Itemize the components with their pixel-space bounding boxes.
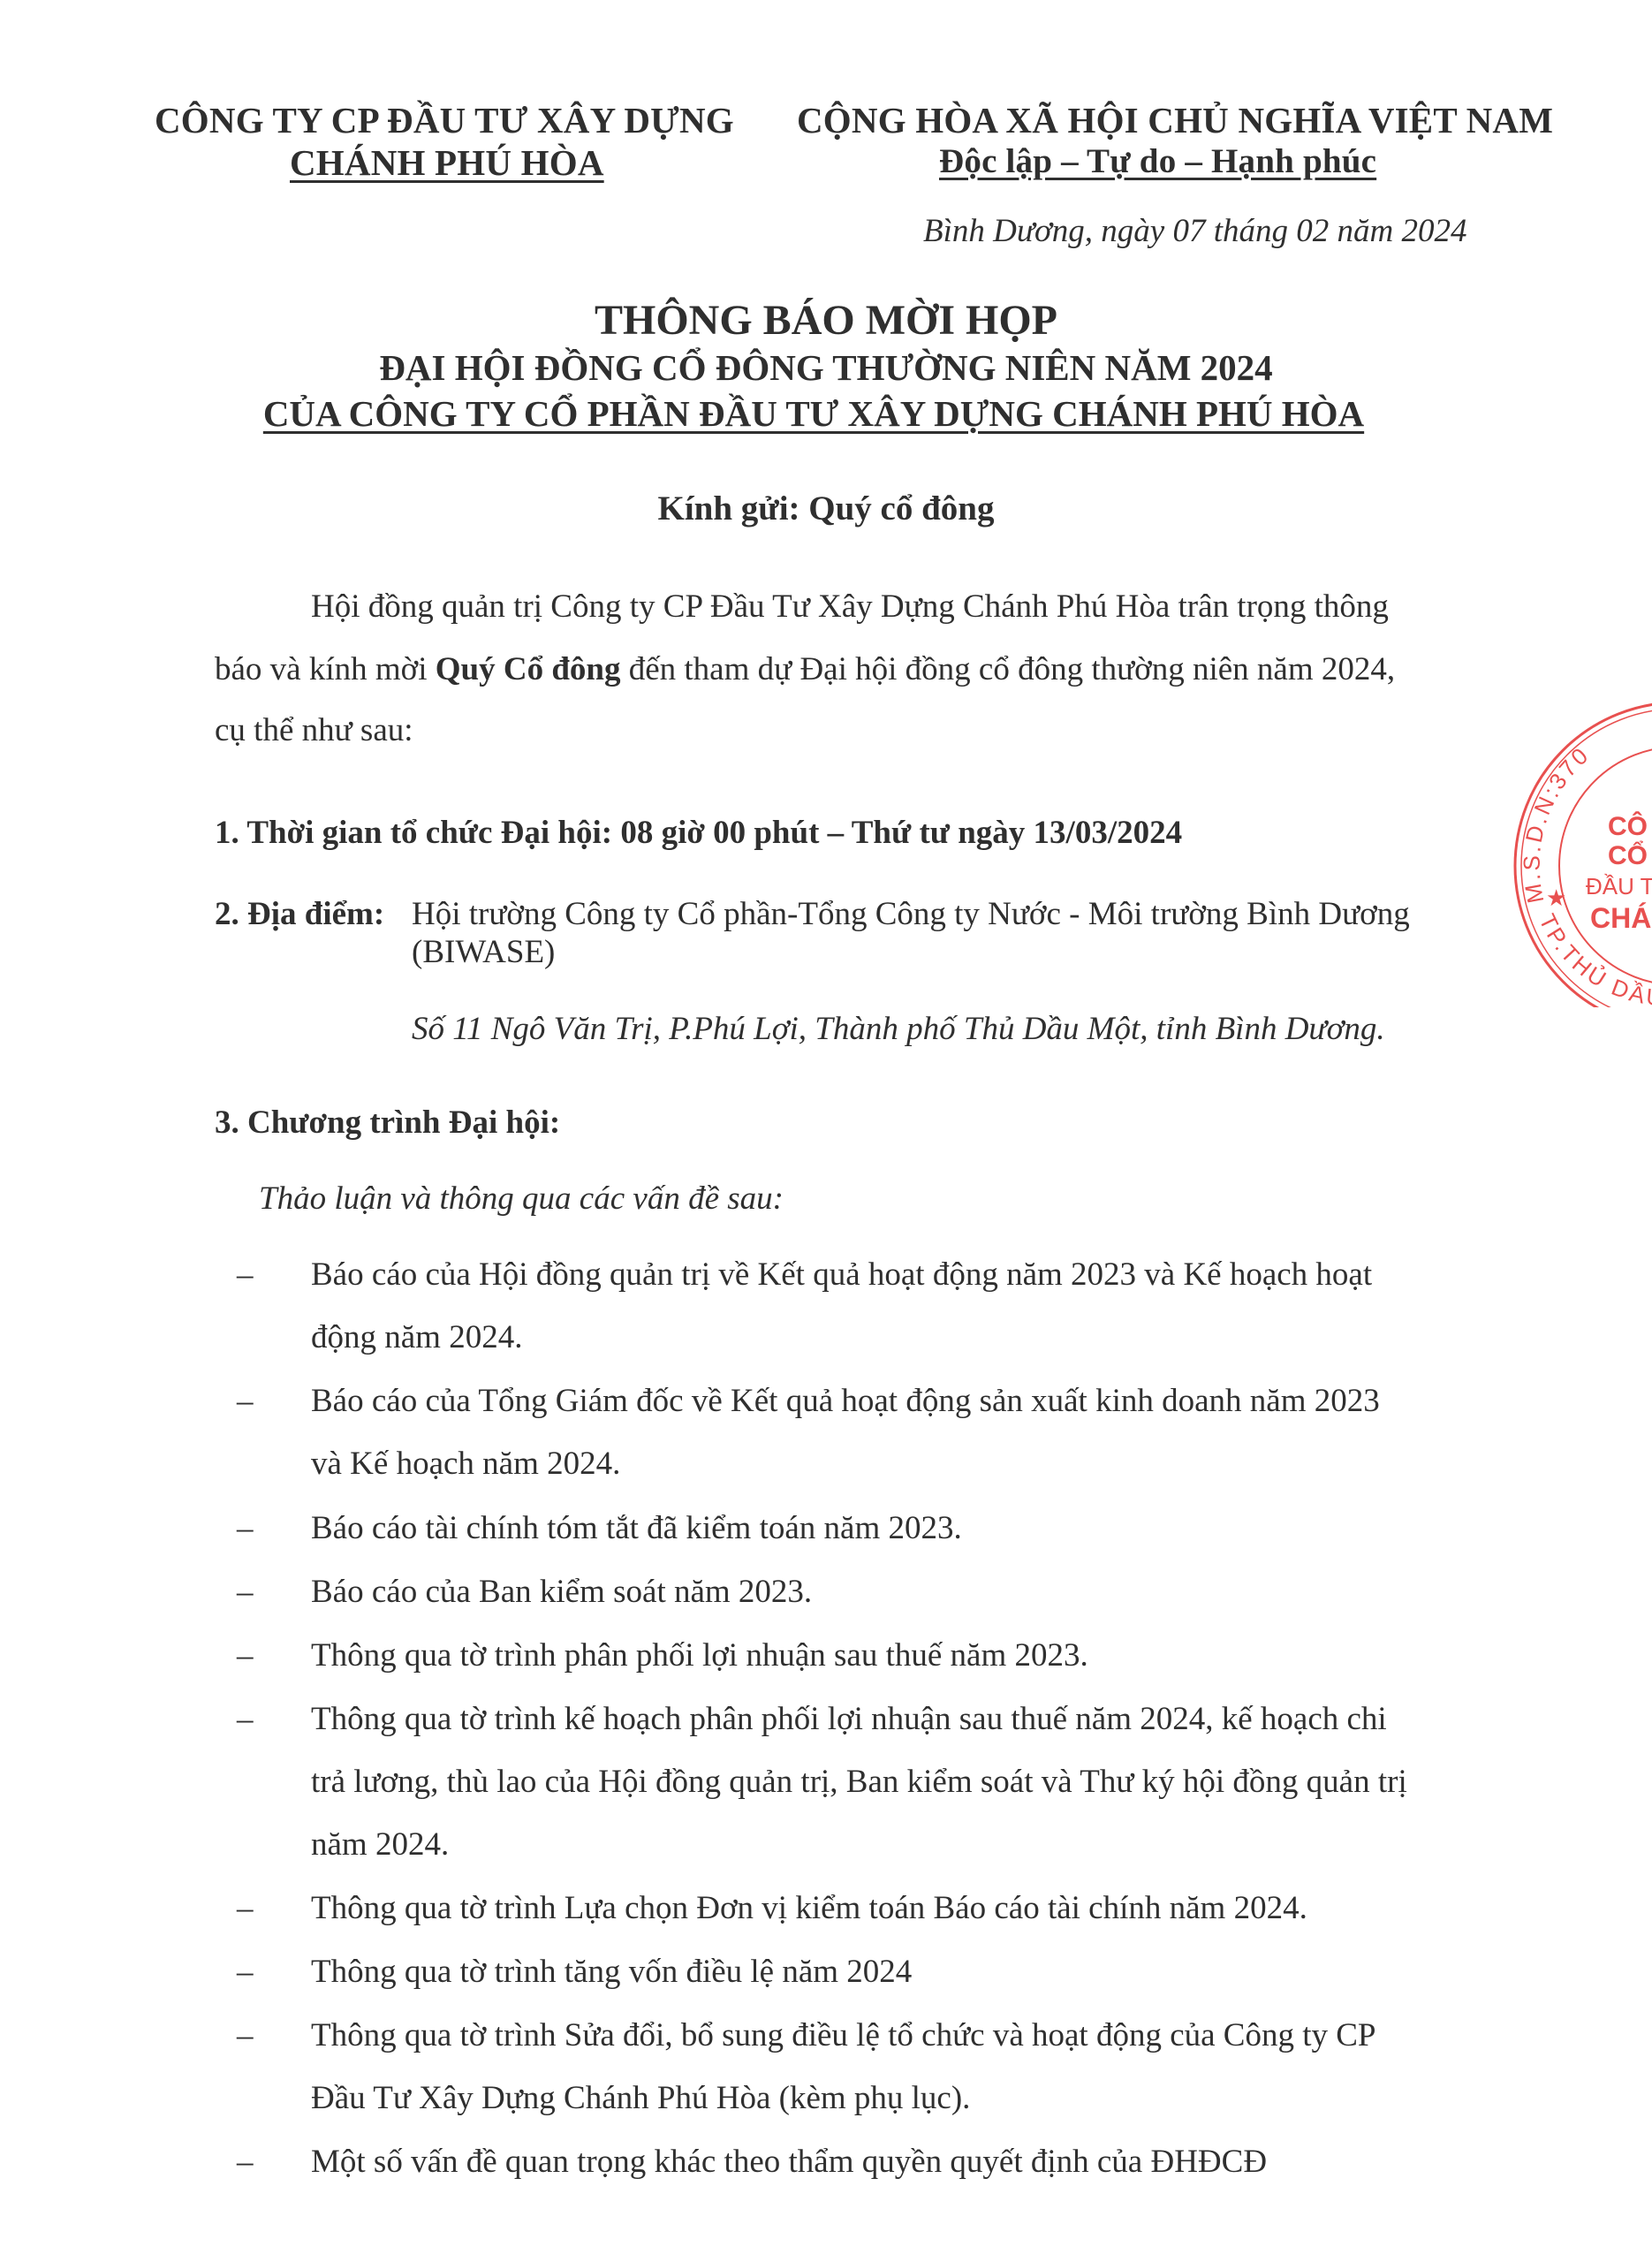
agenda-item-7-line1: Thông qua tờ trình Lựa chọn Đơn vị kiểm … xyxy=(311,1889,1307,1927)
intro-line-2-pre: báo và kính mời xyxy=(215,651,436,687)
company-name-line2: CHÁNH PHÚ HÒA xyxy=(290,141,604,184)
place-date: Bình Dương, ngày 07 tháng 02 năm 2024 xyxy=(923,212,1466,250)
list-dash: – xyxy=(237,1636,254,1674)
document-title: THÔNG BÁO MỜI HỌP xyxy=(0,296,1652,345)
stamp-star-icon: ★ xyxy=(1546,885,1566,912)
list-dash: – xyxy=(237,1700,254,1738)
agenda-item-9-line1: Thông qua tờ trình Sửa đổi, bổ sung điều… xyxy=(311,2016,1376,2054)
section-3-lead: Thảo luận và thông qua các vấn đề sau: xyxy=(259,1180,784,1218)
agenda-item-1-line1: Báo cáo của Hội đồng quản trị về Kết quả… xyxy=(311,1256,1372,1294)
section-2-venue-line1: Hội trường Công ty Cổ phần-Tổng Công ty … xyxy=(412,895,1410,933)
agenda-item-8-line1: Thông qua tờ trình tăng vốn điều lệ năm … xyxy=(311,1953,912,1991)
stamp-seal-icon: M.S.D.N:370 TP.THỦ DẦU M ★ CÔ CỔ ĐẦU TƯ … xyxy=(1502,689,1652,1007)
section-2-label: 2. Địa điểm: xyxy=(215,895,384,933)
stamp-inner-line3: ĐẦU TƯ xyxy=(1586,873,1652,899)
stamp-inner-line2: CỔ xyxy=(1608,840,1648,870)
list-dash: – xyxy=(237,2016,254,2054)
list-dash: – xyxy=(237,1382,254,1420)
intro-line-2-bold: Quý Cổ đông xyxy=(436,651,621,687)
list-dash: – xyxy=(237,1953,254,1991)
company-name-line1: CÔNG TY CP ĐẦU TƯ XÂY DỰNG xyxy=(155,99,734,141)
agenda-item-4-line1: Báo cáo của Ban kiểm soát năm 2023. xyxy=(311,1573,812,1611)
intro-line-3: cụ thể như sau: xyxy=(215,711,413,749)
document-subtitle-2: CỦA CÔNG TY CỔ PHẦN ĐẦU TƯ XÂY DỰNG CHÁN… xyxy=(0,392,1640,435)
agenda-item-1-line2: động năm 2024. xyxy=(311,1318,522,1356)
intro-line-1: Hội đồng quản trị Công ty CP Đầu Tư Xây … xyxy=(311,588,1389,626)
agenda-item-9-line2: Đầu Tư Xây Dựng Chánh Phú Hòa (kèm phụ l… xyxy=(311,2079,970,2117)
intro-line-2: báo và kính mời Quý Cổ đông đến tham dự … xyxy=(215,650,1395,688)
agenda-item-6-line2: trả lương, thù lao của Hội đồng quản trị… xyxy=(311,1763,1407,1801)
list-dash: – xyxy=(237,2143,254,2181)
list-dash: – xyxy=(237,1889,254,1927)
list-dash: – xyxy=(237,1509,254,1547)
list-dash: – xyxy=(237,1256,254,1294)
agenda-item-2-line2: và Kế hoạch năm 2024. xyxy=(311,1445,620,1483)
agenda-item-3-line1: Báo cáo tài chính tóm tắt đã kiểm toán n… xyxy=(311,1509,962,1547)
svg-text:M.S.D.N:370: M.S.D.N:370 xyxy=(1518,740,1595,905)
section-2-address: Số 11 Ngô Văn Trị, P.Phú Lợi, Thành phố … xyxy=(412,1010,1385,1048)
section-3-label: 3. Chương trình Đại hội: xyxy=(215,1104,560,1142)
section-1-time: 1. Thời gian tổ chức Đại hội: 08 giờ 00 … xyxy=(215,814,1182,852)
document-subtitle-1: ĐẠI HỘI ĐỒNG CỔ ĐÔNG THƯỜNG NIÊN NĂM 202… xyxy=(0,346,1652,389)
salutation: Kính gửi: Quý cổ đông xyxy=(0,489,1652,528)
national-title: CỘNG HÒA XÃ HỘI CHỦ NGHĨA VIỆT NAM xyxy=(797,99,1553,141)
list-dash: – xyxy=(237,1573,254,1611)
national-motto: Độc lập – Tự do – Hạnh phúc xyxy=(939,141,1376,181)
stamp-inner-line4: CHÁN xyxy=(1590,902,1652,934)
company-stamp: M.S.D.N:370 TP.THỦ DẦU M ★ CÔ CỔ ĐẦU TƯ … xyxy=(1502,689,1652,1007)
stamp-inner-line1: CÔ xyxy=(1608,811,1648,841)
agenda-item-5-line1: Thông qua tờ trình phân phối lợi nhuận s… xyxy=(311,1636,1088,1674)
section-2-venue-line2: (BIWASE) xyxy=(412,933,555,971)
stamp-ring-top: M.S.D.N:370 xyxy=(1518,740,1595,905)
agenda-item-6-line1: Thông qua tờ trình kế hoạch phân phối lợ… xyxy=(311,1700,1387,1738)
agenda-item-2-line1: Báo cáo của Tổng Giám đốc về Kết quả hoạ… xyxy=(311,1382,1380,1420)
agenda-item-10-line1: Một số vấn đề quan trọng khác theo thẩm … xyxy=(311,2143,1267,2181)
agenda-item-6-line3: năm 2024. xyxy=(311,1826,449,1863)
intro-line-2-post: đến tham dự Đại hội đồng cổ đông thường … xyxy=(620,651,1395,687)
